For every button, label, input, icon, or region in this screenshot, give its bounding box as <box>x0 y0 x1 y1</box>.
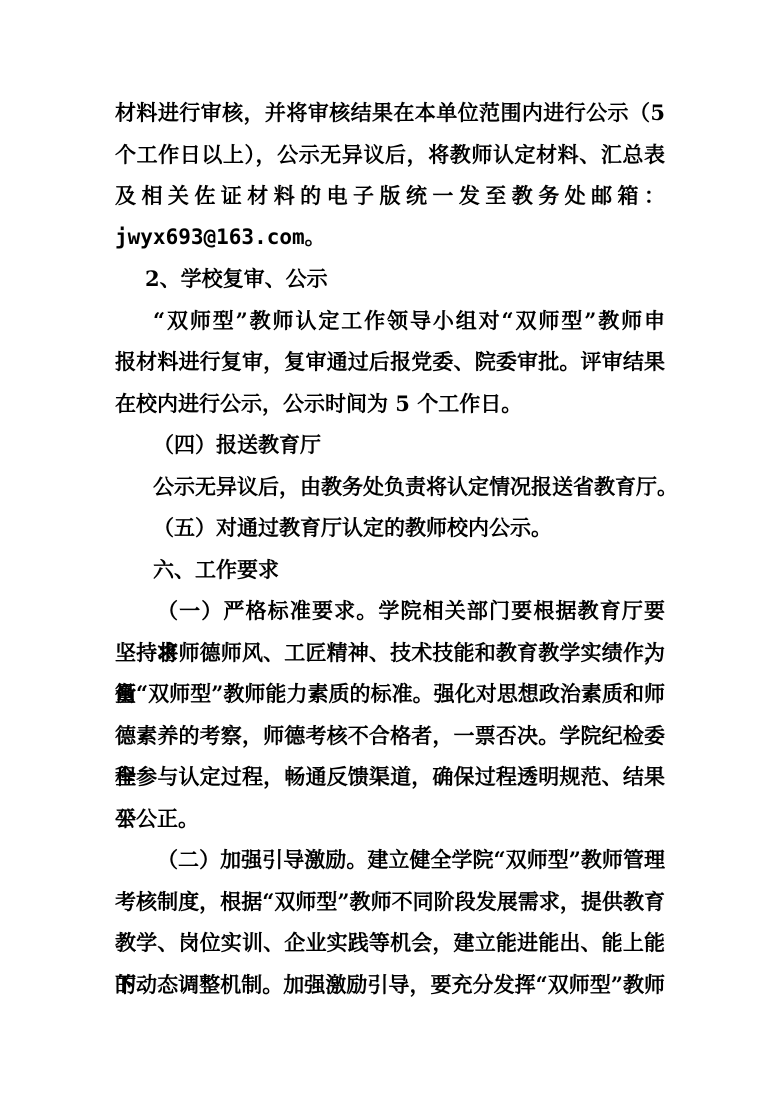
subsection-heading: 2、学校复审、公示 <box>115 258 665 300</box>
paragraph-line: 在校内进行公示，公示时间为 5 个工作日。 <box>115 383 665 425</box>
paragraph-line: 坚持将师德师风、工匠精神、技术技能和教育教学实绩作为衡 <box>115 632 665 674</box>
paragraph-line: 及相关佐证材料的电子版统一发至教务处邮箱： <box>115 175 665 217</box>
paragraph-line: 平公正。 <box>115 798 665 840</box>
paragraph-line: 考核制度，根据“双师型”教师不同阶段发展需求，提供教育 <box>115 881 665 923</box>
paragraph-line: （一）严格标准要求。学院相关部门要根据教育厅要求， <box>115 590 665 632</box>
paragraph-line: 材料进行审核，并将审核结果在本单位范围内进行公示（5 <box>115 92 665 134</box>
section-heading: （五）对通过教育厅认定的教师校内公示。 <box>115 507 665 549</box>
paragraph-line: 的动态调整机制。加强激励引导，要充分发挥“双师型”教师 <box>115 964 665 1006</box>
chapter-heading: 六、工作要求 <box>115 549 665 591</box>
paragraph-line: 德素养的考察，师德考核不合格者，一票否决。学院纪检委全 <box>115 715 665 757</box>
paragraph-line: 程参与认定过程，畅通反馈渠道，确保过程透明规范、结果公 <box>115 756 665 798</box>
document-page: 材料进行审核，并将审核结果在本单位范围内进行公示（5 个工作日以上），公示无异议… <box>115 92 665 1005</box>
paragraph-line: 量“双师型”教师能力素质的标准。强化对思想政治素质和师 <box>115 673 665 715</box>
paragraph-line: “双师型”教师认定工作领导小组对“双师型”教师申 <box>115 300 665 342</box>
paragraph-line: 个工作日以上），公示无异议后，将教师认定材料、汇总表 <box>115 134 665 176</box>
paragraph-line: 公示无异议后，由教务处负责将认定情况报送省教育厅。 <box>115 466 665 508</box>
section-heading: （四）报送教育厅 <box>115 424 665 466</box>
paragraph-line: （二）加强引导激励。建立健全学院“双师型”教师管理 <box>115 839 665 881</box>
paragraph-line: 教学、岗位实训、企业实践等机会，建立能进能出、能上能下 <box>115 922 665 964</box>
paragraph-line: 报材料进行复审，复审通过后报党委、院委审批。评审结果 <box>115 341 665 383</box>
email-address: jwyx693@163.com。 <box>115 217 665 259</box>
